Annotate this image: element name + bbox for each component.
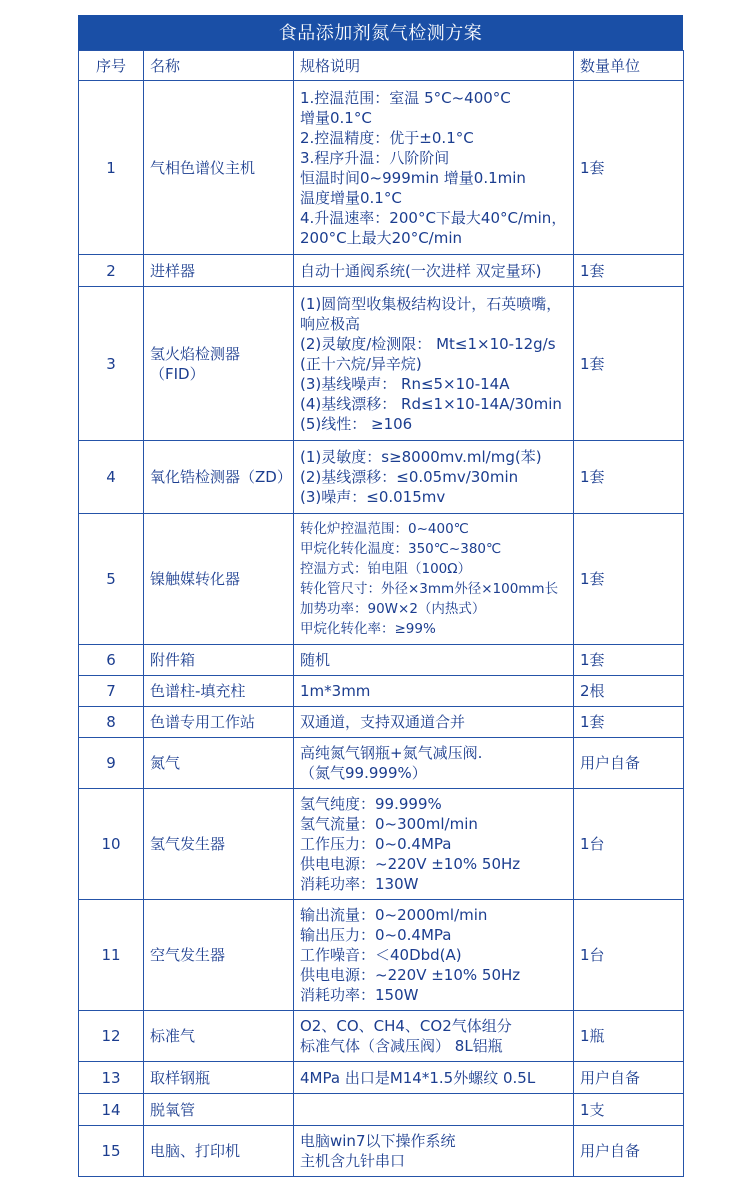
- row-index: 13: [79, 1062, 144, 1094]
- row-spec: 转化炉控温范围：0~400℃ 甲烷化转化温度：350℃~380℃ 控温方式：铂电…: [294, 514, 574, 645]
- table-row: 15电脑、打印机电脑win7以下操作系统 主机含九针串口用户自备: [79, 1126, 684, 1177]
- table-header-row: 序号 名称 规格说明 数量单位: [79, 51, 684, 81]
- row-index: 14: [79, 1094, 144, 1126]
- table-row: 13取样钢瓶4MPa 出口是M14*1.5外螺纹 0.5L用户自备: [79, 1062, 684, 1094]
- row-quantity: 1套: [574, 287, 684, 441]
- row-index: 8: [79, 707, 144, 738]
- header-name: 名称: [144, 51, 294, 81]
- table-row: 1气相色谱仪主机1.控温范围：室温 5°C~400°C 增量0.1°C 2.控温…: [79, 81, 684, 255]
- row-spec: 4MPa 出口是M14*1.5外螺纹 0.5L: [294, 1062, 574, 1094]
- row-name: 进样器: [144, 255, 294, 287]
- row-name: 空气发生器: [144, 900, 294, 1011]
- row-index: 4: [79, 441, 144, 514]
- row-index: 10: [79, 789, 144, 900]
- header-spec: 规格说明: [294, 51, 574, 81]
- row-name: 氮气: [144, 738, 294, 789]
- row-index: 1: [79, 81, 144, 255]
- row-index: 7: [79, 676, 144, 707]
- row-spec: 随机: [294, 645, 574, 676]
- row-spec: 氢气纯度：99.999% 氢气流量：0~300ml/min 工作压力：0~0.4…: [294, 789, 574, 900]
- table-row: 4氧化锆检测器（ZD）(1)灵敏度：s≥8000mv.ml/mg(苯) (2)基…: [79, 441, 684, 514]
- header-quantity: 数量单位: [574, 51, 684, 81]
- row-index: 11: [79, 900, 144, 1011]
- row-spec: [294, 1094, 574, 1126]
- table-row: 11空气发生器输出流量：0~2000ml/min 输出压力：0~0.4MPa 工…: [79, 900, 684, 1011]
- row-quantity: 1套: [574, 255, 684, 287]
- row-quantity: 1套: [574, 707, 684, 738]
- row-quantity: 1套: [574, 441, 684, 514]
- table-row: 9氮气高纯氮气钢瓶+氮气减压阀. （氮气99.999%）用户自备: [79, 738, 684, 789]
- row-quantity: 1台: [574, 789, 684, 900]
- table-row: 7色谱柱-填充柱1m*3mm2根: [79, 676, 684, 707]
- row-spec: 高纯氮气钢瓶+氮气减压阀. （氮气99.999%）: [294, 738, 574, 789]
- row-index: 6: [79, 645, 144, 676]
- row-name: 镍触媒转化器: [144, 514, 294, 645]
- row-name: 色谱专用工作站: [144, 707, 294, 738]
- row-quantity: 用户自备: [574, 738, 684, 789]
- row-quantity: 用户自备: [574, 1126, 684, 1177]
- table-row: 5镍触媒转化器转化炉控温范围：0~400℃ 甲烷化转化温度：350℃~380℃ …: [79, 514, 684, 645]
- table-row: 12标准气O2、CO、CH4、CO2气体组分 标准气体（含减压阀） 8L铝瓶1瓶: [79, 1011, 684, 1062]
- row-name: 附件箱: [144, 645, 294, 676]
- row-spec: 双通道，支持双通道合并: [294, 707, 574, 738]
- row-quantity: 1瓶: [574, 1011, 684, 1062]
- row-name: 脱氧管: [144, 1094, 294, 1126]
- row-index: 3: [79, 287, 144, 441]
- table-row: 10氢气发生器氢气纯度：99.999% 氢气流量：0~300ml/min 工作压…: [79, 789, 684, 900]
- row-name: 气相色谱仪主机: [144, 81, 294, 255]
- row-name: 色谱柱-填充柱: [144, 676, 294, 707]
- row-spec: 输出流量：0~2000ml/min 输出压力：0~0.4MPa 工作噪音：＜40…: [294, 900, 574, 1011]
- table-row: 14脱氧管1支: [79, 1094, 684, 1126]
- table-row: 3氢火焰检测器（FID）(1)圆筒型收集极结构设计，石英喷嘴， 响应极高 (2)…: [79, 287, 684, 441]
- spec-table: 序号 名称 规格说明 数量单位 1气相色谱仪主机1.控温范围：室温 5°C~40…: [78, 50, 684, 1177]
- row-name: 取样钢瓶: [144, 1062, 294, 1094]
- row-name: 氢气发生器: [144, 789, 294, 900]
- row-quantity: 用户自备: [574, 1062, 684, 1094]
- header-index: 序号: [79, 51, 144, 81]
- row-spec: 1.控温范围：室温 5°C~400°C 增量0.1°C 2.控温精度：优于±0.…: [294, 81, 574, 255]
- table-row: 2进样器自动十通阀系统(一次进样 双定量环)1套: [79, 255, 684, 287]
- row-spec: 1m*3mm: [294, 676, 574, 707]
- row-name: 氢火焰检测器（FID）: [144, 287, 294, 441]
- row-quantity: 1套: [574, 514, 684, 645]
- row-index: 2: [79, 255, 144, 287]
- row-spec: 电脑win7以下操作系统 主机含九针串口: [294, 1126, 574, 1177]
- row-quantity: 2根: [574, 676, 684, 707]
- row-index: 5: [79, 514, 144, 645]
- row-spec: O2、CO、CH4、CO2气体组分 标准气体（含减压阀） 8L铝瓶: [294, 1011, 574, 1062]
- row-quantity: 1套: [574, 645, 684, 676]
- row-name: 标准气: [144, 1011, 294, 1062]
- row-spec: 自动十通阀系统(一次进样 双定量环): [294, 255, 574, 287]
- row-spec: (1)圆筒型收集极结构设计，石英喷嘴， 响应极高 (2)灵敏度/检测限： Mt≤…: [294, 287, 574, 441]
- row-quantity: 1套: [574, 81, 684, 255]
- row-name: 氧化锆检测器（ZD）: [144, 441, 294, 514]
- row-index: 15: [79, 1126, 144, 1177]
- row-index: 12: [79, 1011, 144, 1062]
- row-quantity: 1支: [574, 1094, 684, 1126]
- row-quantity: 1台: [574, 900, 684, 1011]
- table-row: 8色谱专用工作站双通道，支持双通道合并1套: [79, 707, 684, 738]
- table-row: 6附件箱随机1套: [79, 645, 684, 676]
- row-name: 电脑、打印机: [144, 1126, 294, 1177]
- row-index: 9: [79, 738, 144, 789]
- page-title: 食品添加剂氮气检测方案: [78, 15, 683, 50]
- spec-sheet: 食品添加剂氮气检测方案 序号 名称 规格说明 数量单位 1气相色谱仪主机1.控温…: [78, 15, 683, 1177]
- row-spec: (1)灵敏度：s≥8000mv.ml/mg(苯) (2)基线漂移：≤0.05mv…: [294, 441, 574, 514]
